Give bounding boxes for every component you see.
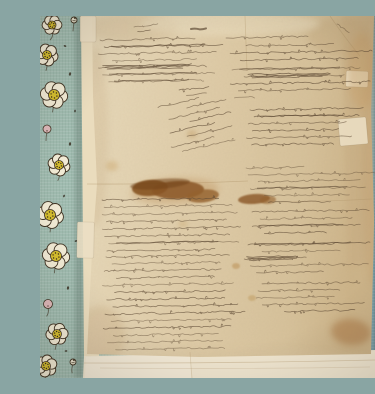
manuscript-photo bbox=[40, 16, 375, 378]
manuscript-photo-svg bbox=[40, 16, 375, 378]
photo-vignette bbox=[40, 16, 375, 378]
